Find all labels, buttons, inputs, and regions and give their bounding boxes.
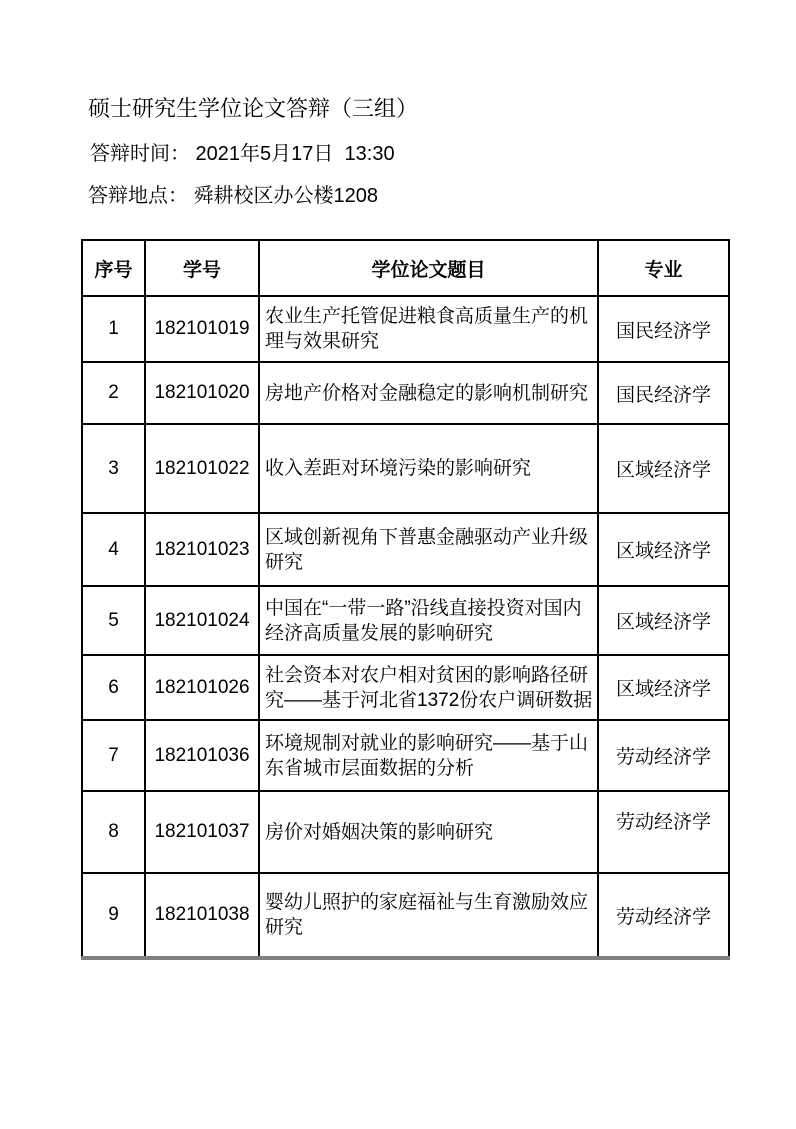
cell-major: 国民经济学 — [598, 296, 729, 362]
defense-location-line: 答辩地点： 舜耕校区办公楼1208 — [88, 182, 378, 210]
cell-student-id: 182101026 — [145, 655, 259, 720]
cell-thesis-title: 中国在“一带一路”沿线直接投资对国内经济高质量发展的影响研究 — [259, 586, 598, 655]
cell-major: 劳动经济学 — [598, 720, 729, 791]
cell-no: 3 — [82, 424, 145, 513]
cell-student-id: 182101024 — [145, 586, 259, 655]
table-row: 5 182101024 中国在“一带一路”沿线直接投资对国内经济高质量发展的影响… — [82, 586, 729, 655]
cell-student-id: 182101019 — [145, 296, 259, 362]
cell-no: 8 — [82, 791, 145, 873]
cell-thesis-title: 社会资本对农户相对贫困的影响路径研究——基于河北省1372份农户调研数据 — [259, 655, 598, 720]
table-row: 6 182101026 社会资本对农户相对贫困的影响路径研究——基于河北省137… — [82, 655, 729, 720]
cell-student-id: 182101037 — [145, 791, 259, 873]
column-header-no: 序号 — [82, 240, 145, 296]
cell-major: 区域经济学 — [598, 513, 729, 586]
table-row: 3 182101022 收入差距对环境污染的影响研究 区域经济学 — [82, 424, 729, 513]
defense-time-line: 答辩时间： 2021年5月17日 13:30 — [90, 140, 395, 168]
table-row: 2 182101020 房地产价格对金融稳定的影响机制研究 国民经济学 — [82, 362, 729, 424]
cell-major: 国民经济学 — [598, 362, 729, 424]
cell-thesis-title: 环境规制对就业的影响研究——基于山东省城市层面数据的分析 — [259, 720, 598, 791]
cell-no: 9 — [82, 873, 145, 958]
column-header-major: 专业 — [598, 240, 729, 296]
cell-major: 区域经济学 — [598, 586, 729, 655]
column-header-thesis-title: 学位论文题目 — [259, 240, 598, 296]
cell-student-id: 182101022 — [145, 424, 259, 513]
page-title: 硕士研究生学位论文答辩（三组） — [88, 94, 418, 124]
cell-major: 劳动经济学 — [598, 873, 729, 958]
table-row: 1 182101019 农业生产托管促进粮食高质量生产的机理与效果研究 国民经济… — [82, 296, 729, 362]
cell-major: 区域经济学 — [598, 655, 729, 720]
cell-no: 7 — [82, 720, 145, 791]
cell-no: 6 — [82, 655, 145, 720]
cell-thesis-title: 区域创新视角下普惠金融驱动产业升级研究 — [259, 513, 598, 586]
table-row: 4 182101023 区域创新视角下普惠金融驱动产业升级研究 区域经济学 — [82, 513, 729, 586]
table-header-row: 序号 学号 学位论文题目 专业 — [82, 240, 729, 296]
cell-no: 2 — [82, 362, 145, 424]
column-header-student-id: 学号 — [145, 240, 259, 296]
cell-thesis-title: 收入差距对环境污染的影响研究 — [259, 424, 598, 513]
cell-no: 4 — [82, 513, 145, 586]
table-row: 7 182101036 环境规制对就业的影响研究——基于山东省城市层面数据的分析… — [82, 720, 729, 791]
cell-thesis-title: 农业生产托管促进粮食高质量生产的机理与效果研究 — [259, 296, 598, 362]
cell-major: 区域经济学 — [598, 424, 729, 513]
cell-student-id: 182101023 — [145, 513, 259, 586]
table-row: 8 182101037 房价对婚姻决策的影响研究 劳动经济学 — [82, 791, 729, 873]
thesis-defense-table: 序号 学号 学位论文题目 专业 1 182101019 农业生产托管促进粮食高质… — [81, 239, 730, 960]
cell-major: 劳动经济学 — [598, 791, 729, 873]
cell-no: 1 — [82, 296, 145, 362]
cell-student-id: 182101038 — [145, 873, 259, 958]
cell-thesis-title: 房价对婚姻决策的影响研究 — [259, 791, 598, 873]
cell-thesis-title: 房地产价格对金融稳定的影响机制研究 — [259, 362, 598, 424]
cell-student-id: 182101036 — [145, 720, 259, 791]
table-row: 9 182101038 婴幼儿照护的家庭福祉与生育激励效应研究 劳动经济学 — [82, 873, 729, 958]
cell-student-id: 182101020 — [145, 362, 259, 424]
cell-no: 5 — [82, 586, 145, 655]
cell-thesis-title: 婴幼儿照护的家庭福祉与生育激励效应研究 — [259, 873, 598, 958]
